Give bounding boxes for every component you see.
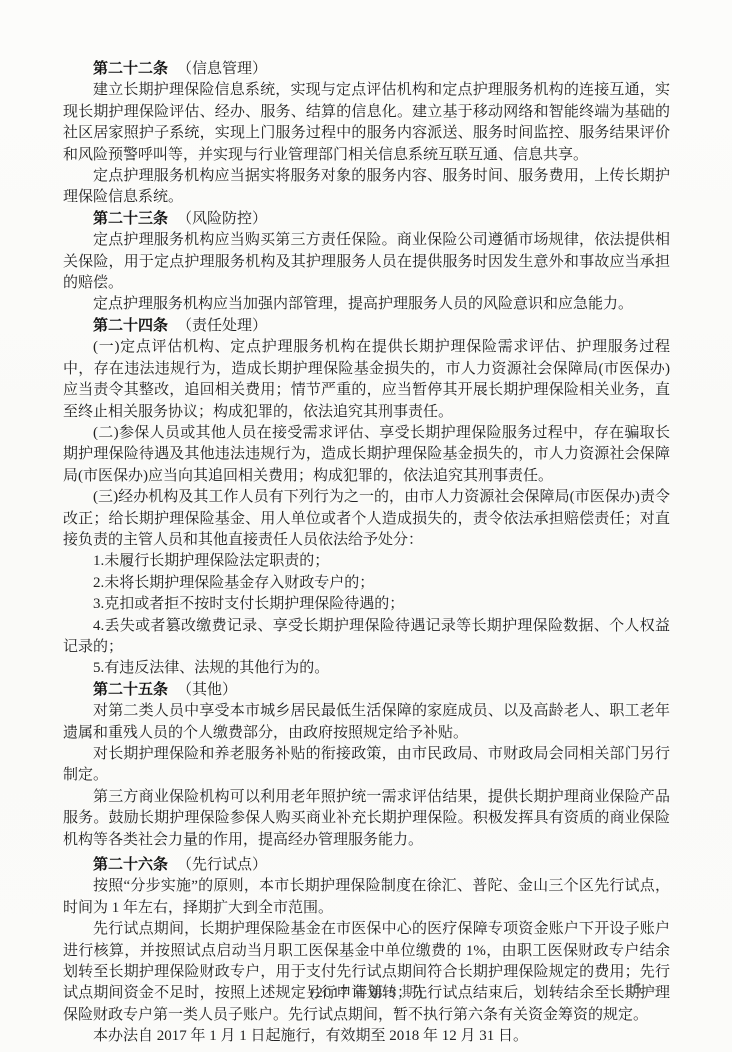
article-title: （风险防控）: [177, 211, 267, 227]
article-number: 第二十六条: [93, 857, 168, 873]
page-number: —15—: [601, 981, 669, 998]
paragraph: 定点护理服务机构应当据实将服务对象的服务内容、服务时间、服务费用，上传长期护理保…: [63, 166, 670, 209]
paragraph: 对第二类人员中享受本市城乡居民最低生活保障的家庭成员、以及高龄老人、职工老年遗属…: [63, 701, 670, 744]
list-item: 2.未将长期护理保险基金存入财政专户的；: [63, 573, 670, 594]
article-number: 第二十三条: [93, 211, 168, 227]
article-title: （先行试点）: [177, 857, 267, 873]
list-item: 4.丢失或者篡改缴费记录、享受长期护理保险待遇记录等长期护理保险数据、个人权益记…: [63, 616, 670, 659]
paragraph: 定点护理服务机构应当加强内部管理，提高护理服务人员的风险意识和应急能力。: [63, 294, 670, 315]
list-item: 5.有违反法律、法规的其他行为的。: [63, 658, 670, 679]
paragraph: 对长期护理保险和养老服务补贴的衔接政策，由市民政局、市财政局会同相关部门另行制定…: [63, 744, 670, 787]
issue-label: (2017 年第 3 期): [63, 981, 670, 1002]
article-heading: 第二十五条（其他）: [63, 680, 670, 701]
article-24: 第二十四条（责任处理） (一)定点评估机构、定点护理服务机构在提供长期护理保险需…: [63, 316, 670, 680]
paragraph: 本办法自 2017 年 1 月 1 日起施行，有效期至 2018 年 12 月 …: [63, 1026, 670, 1047]
list-item: 1.未履行长期护理保险法定职责的；: [63, 551, 670, 572]
article-heading: 第二十六条（先行试点）: [63, 855, 670, 876]
article-title: （信息管理）: [177, 61, 267, 77]
article-number: 第二十五条: [93, 682, 168, 698]
article-title: （其他）: [177, 682, 237, 698]
paragraph: 先行试点期间，长期护理保险基金在市医保中心的医疗保障专项资金账户下开设子账户进行…: [63, 919, 670, 1026]
article-title: （责任处理）: [177, 318, 267, 334]
paragraph: (三)经办机构及其工作人员有下列行为之一的，由市人力资源社会保障局(市医保办)责…: [63, 487, 670, 551]
document-body: 第二十二条（信息管理） 建立长期护理保险信息系统，实现与定点评估机构和定点护理服…: [63, 59, 670, 1048]
article-25: 第二十五条（其他） 对第二类人员中享受本市城乡居民最低生活保障的家庭成员、以及高…: [63, 680, 670, 851]
article-heading: 第二十二条（信息管理）: [63, 59, 670, 80]
article-heading: 第二十四条（责任处理）: [63, 316, 670, 337]
page-number-dash-right: —: [642, 981, 669, 997]
list-item: 3.克扣或者拒不按时支付长期护理保险待遇的；: [63, 594, 670, 615]
article-26: 第二十六条（先行试点） 按照“分步实施”的原则，本市长期护理保险制度在徐汇、普陀…: [63, 855, 670, 1048]
page-number-value: 15: [627, 981, 642, 997]
article-number: 第二十四条: [93, 318, 168, 334]
paragraph: (一)定点评估机构、定点护理服务机构在提供长期护理保险需求评估、护理服务过程中，…: [63, 337, 670, 423]
article-23: 第二十三条（风险防控） 定点护理服务机构应当购买第三方责任保险。商业保险公司遵循…: [63, 209, 670, 316]
article-number: 第二十二条: [93, 61, 168, 77]
paragraph: 建立长期护理保险信息系统，实现与定点评估机构和定点护理服务机构的连接互通，实现长…: [63, 80, 670, 166]
paragraph: 按照“分步实施”的原则，本市长期护理保险制度在徐汇、普陀、金山三个区先行试点，时…: [63, 876, 670, 919]
article-22: 第二十二条（信息管理） 建立长期护理保险信息系统，实现与定点评估机构和定点护理服…: [63, 59, 670, 209]
paragraph: (二)参保人员或其他人员在接受需求评估、享受长期护理保险服务过程中，存在骗取长期…: [63, 423, 670, 487]
page-number-dash-left: —: [601, 981, 628, 997]
article-heading: 第二十三条（风险防控）: [63, 209, 670, 230]
paragraph: 第三方商业保险机构可以利用老年照护统一需求评估结果，提供长期护理商业保险产品服务…: [63, 787, 670, 851]
document-page: 第二十二条（信息管理） 建立长期护理保险信息系统，实现与定点评估机构和定点护理服…: [0, 0, 732, 1052]
paragraph: 定点护理服务机构应当购买第三方责任保险。商业保险公司遵循市场规律，依法提供相关保…: [63, 230, 670, 294]
